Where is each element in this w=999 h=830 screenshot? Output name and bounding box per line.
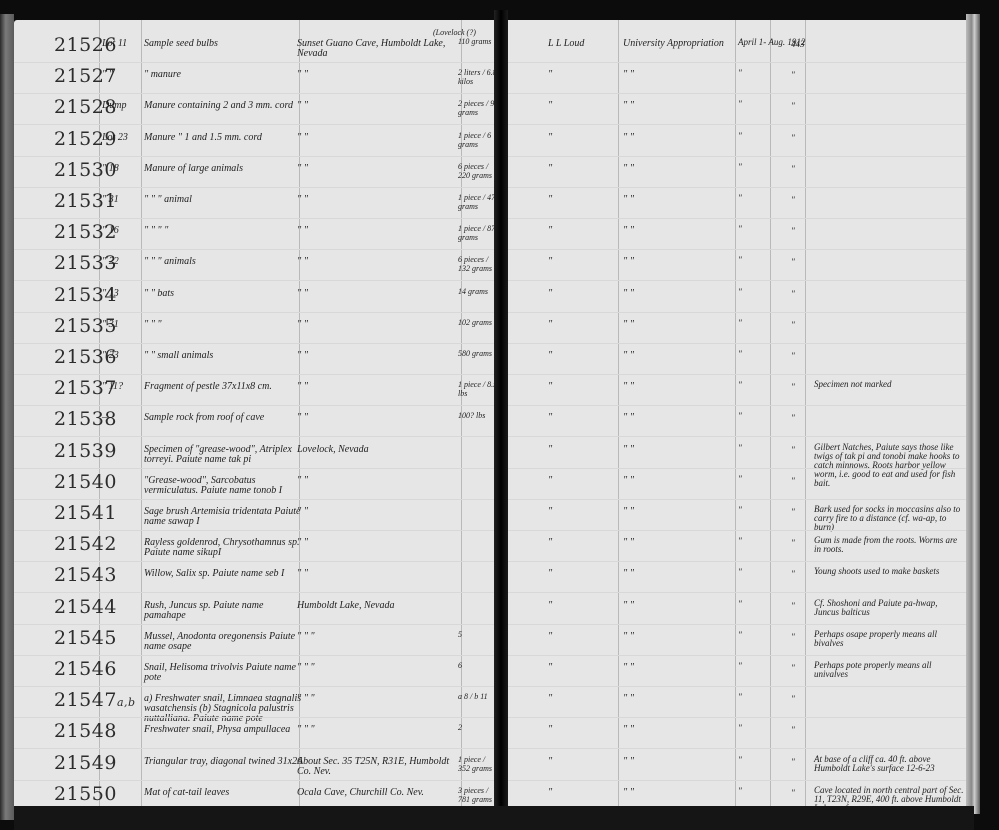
row-rule bbox=[14, 468, 498, 469]
accession-number: " bbox=[791, 289, 795, 299]
quantity: 2 liters / 6.8 kilos bbox=[458, 68, 498, 86]
quantity: 100? lbs bbox=[458, 411, 498, 420]
table-row: "" """ bbox=[508, 221, 974, 252]
collector: " bbox=[548, 164, 552, 174]
catalog-number: 21542 bbox=[54, 533, 117, 555]
quantity: 1 piece / 87 grams bbox=[458, 224, 498, 242]
row-rule bbox=[508, 280, 974, 281]
quantity: 2 pieces / 9 grams bbox=[458, 99, 498, 117]
locality: " " " bbox=[297, 694, 457, 704]
row-rule bbox=[508, 249, 974, 250]
accession-number: " bbox=[791, 445, 795, 455]
collector: L L Loud bbox=[548, 39, 584, 49]
catalog-number: 21547a,b bbox=[54, 689, 136, 711]
remarks: Specimen not marked bbox=[814, 380, 964, 389]
how-acquired: " " bbox=[623, 226, 634, 236]
accession-number: " bbox=[791, 70, 795, 80]
left-page: (Lovelock (?) 21526Lot 11Sample seed bul… bbox=[14, 20, 498, 810]
table-row: 21533" 22" " " animals" "6 pieces / 132 … bbox=[14, 252, 498, 283]
locality: " " bbox=[297, 538, 457, 548]
locality: " " bbox=[297, 133, 457, 143]
how-acquired: " " bbox=[623, 351, 634, 361]
row-rule bbox=[14, 218, 498, 219]
locality: " " bbox=[297, 320, 457, 330]
collector: " bbox=[548, 226, 552, 236]
collector: " bbox=[548, 70, 552, 80]
collector: " bbox=[548, 663, 552, 673]
row-rule bbox=[14, 592, 498, 593]
table-row: "" """Cf. Shoshoni and Paiute pa-hwap, J… bbox=[508, 596, 974, 627]
how-acquired: " " bbox=[623, 788, 634, 798]
table-row: 21541Sage brush Artemisia tridentata Pai… bbox=[14, 502, 498, 533]
table-row: 21531" 31" " " animal" "1 piece / 47 gra… bbox=[14, 190, 498, 221]
row-rule bbox=[14, 655, 498, 656]
description: Manure of large animals bbox=[144, 164, 304, 174]
description: " " " animals bbox=[144, 257, 304, 267]
collector: " bbox=[548, 351, 552, 361]
how-acquired: " " bbox=[623, 101, 634, 111]
remarks: Gum is made from the roots. Worms are in… bbox=[814, 536, 964, 554]
table-row: 21537" 11?Fragment of pestle 37x11x8 cm.… bbox=[14, 377, 498, 408]
locality: Ocala Cave, Churchill Co. Nev. bbox=[297, 788, 457, 798]
collector: " bbox=[548, 413, 552, 423]
how-acquired: " " bbox=[623, 289, 634, 299]
description: Specimen of "grease-wood", Atriplex torr… bbox=[144, 445, 304, 465]
table-row: 21530" 18Manure of large animals" "6 pie… bbox=[14, 159, 498, 190]
date: " bbox=[738, 630, 742, 640]
row-rule bbox=[508, 62, 974, 63]
locality: " " bbox=[297, 569, 457, 579]
row-rule bbox=[508, 124, 974, 125]
accession-number: " bbox=[791, 694, 795, 704]
table-row: 21544Rush, Juncus sp. Paiute name pamaha… bbox=[14, 596, 498, 627]
row-rule bbox=[508, 624, 974, 625]
locality: " " bbox=[297, 101, 457, 111]
locality: " " bbox=[297, 413, 457, 423]
date: " bbox=[738, 599, 742, 609]
remarks: Perhaps osape properly means all bivalve… bbox=[814, 630, 964, 648]
description: Sage brush Artemisia tridentata Paiute n… bbox=[144, 507, 304, 527]
accession-number: " bbox=[791, 632, 795, 642]
row-rule bbox=[508, 592, 974, 593]
quantity: 6 bbox=[458, 661, 498, 670]
quantity: 5 bbox=[458, 630, 498, 639]
row-rule bbox=[508, 561, 974, 562]
table-row: 21534" 13" " bats" "14 grams bbox=[14, 284, 498, 315]
date: " bbox=[738, 162, 742, 172]
description: "Grease-wood", Sarcobatus vermiculatus. … bbox=[144, 476, 304, 496]
table-row: 21543Willow, Salix sp. Paiute name seb I… bbox=[14, 564, 498, 595]
catalog-number: 21544 bbox=[54, 596, 117, 618]
row-rule bbox=[508, 655, 974, 656]
row-rule bbox=[14, 780, 498, 781]
table-row: "" """ bbox=[508, 720, 974, 751]
locality: " " bbox=[297, 382, 457, 392]
row-rule bbox=[508, 218, 974, 219]
table-row: 21536" 23" " small animals" "580 grams bbox=[14, 346, 498, 377]
ledger-spread: (Lovelock (?) 21526Lot 11Sample seed bul… bbox=[0, 0, 999, 830]
row-rule bbox=[14, 312, 498, 313]
how-acquired: " " bbox=[623, 476, 634, 486]
table-row: 21532" 16" " " "" "1 piece / 87 grams bbox=[14, 221, 498, 252]
accession-number: " bbox=[791, 663, 795, 673]
quantity: 1 piece / 8.5 lbs bbox=[458, 380, 498, 398]
locality: About Sec. 35 T25N, R31E, Humboldt Co. N… bbox=[297, 757, 457, 777]
table-row: "" """Gum is made from the roots. Worms … bbox=[508, 533, 974, 564]
table-row: "" """ bbox=[508, 315, 974, 346]
row-rule bbox=[14, 280, 498, 281]
remarks: Bark used for socks in moccasins also to… bbox=[814, 505, 964, 532]
collector: " bbox=[548, 694, 552, 704]
row-rule bbox=[508, 93, 974, 94]
accession-number: " bbox=[791, 382, 795, 392]
table-row: "" """ bbox=[508, 689, 974, 720]
date: " bbox=[738, 661, 742, 671]
accession-number: " bbox=[791, 601, 795, 611]
locality: Humboldt Lake, Nevada bbox=[297, 601, 457, 611]
table-row: 21529Lot 23Manure " 1 and 1.5 mm. cord" … bbox=[14, 128, 498, 159]
description: " " " bbox=[144, 320, 304, 330]
date: " bbox=[738, 755, 742, 765]
row-rule bbox=[14, 249, 498, 250]
how-acquired: " " bbox=[623, 413, 634, 423]
catalog-number: 21545 bbox=[54, 627, 117, 649]
row-rule bbox=[14, 624, 498, 625]
collector: " bbox=[548, 101, 552, 111]
catalog-number: 21550 bbox=[54, 783, 117, 805]
table-row: 21545Mussel, Anodonta oregonensis Paiute… bbox=[14, 627, 498, 658]
description: Triangular tray, diagonal twined 31x26 bbox=[144, 757, 304, 767]
locality: " " bbox=[297, 195, 457, 205]
collector: " bbox=[548, 320, 552, 330]
description: Manure containing 2 and 3 mm. cord bbox=[144, 101, 304, 111]
row-rule bbox=[14, 717, 498, 718]
how-acquired: " " bbox=[623, 569, 634, 579]
row-rule bbox=[14, 436, 498, 437]
description: Mat of cat-tail leaves bbox=[144, 788, 304, 798]
row-rule bbox=[14, 187, 498, 188]
how-acquired: " " bbox=[623, 382, 634, 392]
remarks: Perhaps pote properly means all univalve… bbox=[814, 661, 964, 679]
remarks: At base of a cliff ca. 40 ft. above Humb… bbox=[814, 755, 964, 773]
collector: " bbox=[548, 569, 552, 579]
catalog-number: 21539 bbox=[54, 440, 117, 462]
how-acquired: " " bbox=[623, 195, 634, 205]
accession-number: " bbox=[791, 226, 795, 236]
table-row: 21549Triangular tray, diagonal twined 31… bbox=[14, 752, 498, 783]
catalog-suffix: a,b bbox=[117, 696, 136, 709]
how-acquired: " " bbox=[623, 601, 634, 611]
catalog-number: 21541 bbox=[54, 502, 117, 524]
description: Rush, Juncus sp. Paiute name pamahape bbox=[144, 601, 304, 621]
book-gutter bbox=[494, 10, 508, 820]
how-acquired: " " bbox=[623, 725, 634, 735]
how-acquired: " " bbox=[623, 320, 634, 330]
row-rule bbox=[14, 156, 498, 157]
row-rule bbox=[14, 62, 498, 63]
collector: " bbox=[548, 445, 552, 455]
collector: " bbox=[548, 133, 552, 143]
description: " " " " bbox=[144, 226, 304, 236]
date: " bbox=[738, 536, 742, 546]
locality: " " bbox=[297, 226, 457, 236]
date: " bbox=[738, 474, 742, 484]
accession-number: " bbox=[791, 133, 795, 143]
quantity: 2 bbox=[458, 723, 498, 732]
remarks: Cf. Shoshoni and Paiute pa-hwap, Juncus … bbox=[814, 599, 964, 617]
table-row: "" """ bbox=[508, 128, 974, 159]
locality: " " bbox=[297, 164, 457, 174]
row-rule bbox=[14, 93, 498, 94]
table-row: "" """ bbox=[508, 284, 974, 315]
table-row: "" """ bbox=[508, 408, 974, 439]
row-rule bbox=[508, 780, 974, 781]
how-acquired: " " bbox=[623, 445, 634, 455]
table-row: 21527" "" manure" "2 liters / 6.8 kilos bbox=[14, 65, 498, 96]
table-row: 21535" 31" " "" "102 grams bbox=[14, 315, 498, 346]
catalog-number: 21546 bbox=[54, 658, 117, 680]
accession-number: " bbox=[791, 320, 795, 330]
description: Mussel, Anodonta oregonensis Paiute name… bbox=[144, 632, 304, 652]
description: " " " animal bbox=[144, 195, 304, 205]
date: " bbox=[738, 443, 742, 453]
accession-number: " bbox=[791, 351, 795, 361]
accession-number: " bbox=[791, 413, 795, 423]
collector: " bbox=[548, 538, 552, 548]
catalog-number: 21549 bbox=[54, 752, 117, 774]
date: " bbox=[738, 131, 742, 141]
how-acquired: " " bbox=[623, 663, 634, 673]
collector: " bbox=[548, 725, 552, 735]
table-row: 21548Freshwater snail, Physa ampullacea"… bbox=[14, 720, 498, 751]
row-rule bbox=[14, 748, 498, 749]
row-rule bbox=[508, 436, 974, 437]
row-rule bbox=[508, 405, 974, 406]
accession-number: " bbox=[791, 788, 795, 798]
table-row: "" """Young shoots used to make baskets bbox=[508, 564, 974, 595]
description: Manure " 1 and 1.5 mm. cord bbox=[144, 133, 304, 143]
collector: " bbox=[548, 195, 552, 205]
locality: Lovelock, Nevada bbox=[297, 445, 457, 455]
table-row: "" """Bark used for socks in moccasins a… bbox=[508, 502, 974, 533]
accession-number: " bbox=[791, 257, 795, 267]
description: Freshwater snail, Physa ampullacea bbox=[144, 725, 304, 735]
date: " bbox=[738, 723, 742, 733]
collector: " bbox=[548, 476, 552, 486]
row-rule bbox=[14, 343, 498, 344]
book-bottom-edge bbox=[14, 806, 974, 830]
table-row: "" """ bbox=[508, 471, 974, 502]
how-acquired: " " bbox=[623, 70, 634, 80]
row-rule bbox=[508, 530, 974, 531]
table-row: "" """ bbox=[508, 65, 974, 96]
row-rule bbox=[14, 686, 498, 687]
description: Fragment of pestle 37x11x8 cm. bbox=[144, 382, 304, 392]
table-row: "" """ bbox=[508, 190, 974, 221]
row-rule bbox=[508, 187, 974, 188]
locality: " " " bbox=[297, 632, 457, 642]
description: " " bats bbox=[144, 289, 304, 299]
table-row: 21547a,ba) Freshwater snail, Limnaea sta… bbox=[14, 689, 498, 720]
how-acquired: " " bbox=[623, 757, 634, 767]
table-row: "" """Gilbert Natches, Paiute says those… bbox=[508, 440, 974, 471]
row-rule bbox=[508, 312, 974, 313]
collector: " bbox=[548, 257, 552, 267]
table-row: "" """ bbox=[508, 96, 974, 127]
book-right-edge bbox=[966, 14, 980, 814]
how-acquired: " " bbox=[623, 694, 634, 704]
table-row: "" """At base of a cliff ca. 40 ft. abov… bbox=[508, 752, 974, 783]
locality: " " bbox=[297, 70, 457, 80]
quantity: 110 grams bbox=[458, 37, 498, 46]
accession-number: " bbox=[791, 569, 795, 579]
row-rule bbox=[508, 717, 974, 718]
catalog-number: 21548 bbox=[54, 720, 117, 742]
table-row: 21546Snail, Helisoma trivolvis Paiute na… bbox=[14, 658, 498, 689]
row-rule bbox=[14, 124, 498, 125]
accession-number: " bbox=[791, 725, 795, 735]
accession-number: " bbox=[791, 507, 795, 517]
left-entries: 21526Lot 11Sample seed bulbsSunset Guano… bbox=[14, 20, 498, 810]
table-row: L L LoudUniversity AppropriationApril 1-… bbox=[508, 34, 974, 65]
how-acquired: " " bbox=[623, 632, 634, 642]
date: " bbox=[738, 380, 742, 390]
row-rule bbox=[508, 686, 974, 687]
locality: " " bbox=[297, 257, 457, 267]
locality: " " bbox=[297, 507, 457, 517]
quantity: a 8 / b 11 bbox=[458, 692, 498, 701]
description: Sample rock from roof of cave bbox=[144, 413, 304, 423]
collector: " bbox=[548, 507, 552, 517]
date: " bbox=[738, 505, 742, 515]
table-row: 21528DumpManure containing 2 and 3 mm. c… bbox=[14, 96, 498, 127]
date: " bbox=[738, 99, 742, 109]
row-rule bbox=[14, 374, 498, 375]
table-row: "" """Perhaps pote properly means all un… bbox=[508, 658, 974, 689]
date: " bbox=[738, 193, 742, 203]
how-acquired: " " bbox=[623, 133, 634, 143]
table-row: "" """Perhaps osape properly means all b… bbox=[508, 627, 974, 658]
locality: " " bbox=[297, 476, 457, 486]
date: " bbox=[738, 692, 742, 702]
description: Willow, Salix sp. Paiute name seb I bbox=[144, 569, 304, 579]
date: " bbox=[738, 287, 742, 297]
description: " manure bbox=[144, 70, 304, 80]
accession-number: " bbox=[791, 195, 795, 205]
date: " bbox=[738, 224, 742, 234]
remarks: Young shoots used to make baskets bbox=[814, 567, 964, 576]
quantity: 580 grams bbox=[458, 349, 498, 358]
date: " bbox=[738, 349, 742, 359]
quantity: 102 grams bbox=[458, 318, 498, 327]
quantity: 3 pieces / 781 grams bbox=[458, 786, 498, 804]
accession-number: " bbox=[791, 101, 795, 111]
row-rule bbox=[14, 561, 498, 562]
row-rule bbox=[508, 748, 974, 749]
table-row: 21538—Sample rock from roof of cave" "10… bbox=[14, 408, 498, 439]
description: Snail, Helisoma trivolvis Paiute name po… bbox=[144, 663, 304, 683]
how-acquired: " " bbox=[623, 164, 634, 174]
row-rule bbox=[508, 374, 974, 375]
how-acquired: " " bbox=[623, 538, 634, 548]
row-rule bbox=[14, 530, 498, 531]
table-row: 21526Lot 11Sample seed bulbsSunset Guano… bbox=[14, 34, 498, 65]
date: " bbox=[738, 567, 742, 577]
accession-number: " bbox=[791, 476, 795, 486]
quantity: 1 piece / 6 grams bbox=[458, 131, 498, 149]
table-row: 21542Rayless goldenrod, Chrysothamnus sp… bbox=[14, 533, 498, 564]
date: " bbox=[738, 255, 742, 265]
table-row: "" """ bbox=[508, 346, 974, 377]
collector: " bbox=[548, 289, 552, 299]
locality: Sunset Guano Cave, Humboldt Lake, Nevada bbox=[297, 39, 457, 59]
right-entries: L L LoudUniversity AppropriationApril 1-… bbox=[508, 20, 974, 810]
how-acquired: " " bbox=[623, 257, 634, 267]
collector: " bbox=[548, 632, 552, 642]
table-row: "" """ bbox=[508, 252, 974, 283]
date: " bbox=[738, 411, 742, 421]
quantity: 6 pieces / 132 grams bbox=[458, 255, 498, 273]
collector: " bbox=[548, 382, 552, 392]
accession-number: " bbox=[791, 757, 795, 767]
quantity: 6 pieces / 220 grams bbox=[458, 162, 498, 180]
quantity: 14 grams bbox=[458, 287, 498, 296]
locality: " " " bbox=[297, 725, 457, 735]
row-rule bbox=[508, 468, 974, 469]
table-row: 21539Specimen of "grease-wood", Atriplex… bbox=[14, 440, 498, 471]
description: " " small animals bbox=[144, 351, 304, 361]
row-rule bbox=[508, 499, 974, 500]
locality: " " " bbox=[297, 663, 457, 673]
table-row: 21540"Grease-wood", Sarcobatus vermicula… bbox=[14, 471, 498, 502]
how-acquired: University Appropriation bbox=[623, 39, 724, 49]
accession-number: 443 bbox=[791, 39, 805, 49]
collector: " bbox=[548, 757, 552, 767]
book-left-edge bbox=[0, 14, 14, 820]
accession-number: " bbox=[791, 538, 795, 548]
row-rule bbox=[508, 156, 974, 157]
locality: " " bbox=[297, 351, 457, 361]
date: " bbox=[738, 786, 742, 796]
collector: " bbox=[548, 601, 552, 611]
date: " bbox=[738, 68, 742, 78]
locality: " " bbox=[297, 289, 457, 299]
date: " bbox=[738, 318, 742, 328]
how-acquired: " " bbox=[623, 507, 634, 517]
table-row: "" """ bbox=[508, 159, 974, 190]
quantity: 1 piece / 352 grams bbox=[458, 755, 498, 773]
description: Sample seed bulbs bbox=[144, 39, 304, 49]
description: Rayless goldenrod, Chrysothamnus sp. Pai… bbox=[144, 538, 304, 558]
collector: " bbox=[548, 788, 552, 798]
table-row: "" """Specimen not marked bbox=[508, 377, 974, 408]
row-rule bbox=[508, 343, 974, 344]
accession-number: " bbox=[791, 164, 795, 174]
right-page: L L LoudUniversity AppropriationApril 1-… bbox=[508, 20, 974, 810]
row-rule bbox=[14, 499, 498, 500]
catalog-number: 21540 bbox=[54, 471, 117, 493]
row-rule bbox=[14, 405, 498, 406]
quantity: 1 piece / 47 grams bbox=[458, 193, 498, 211]
catalog-number: 21543 bbox=[54, 564, 117, 586]
